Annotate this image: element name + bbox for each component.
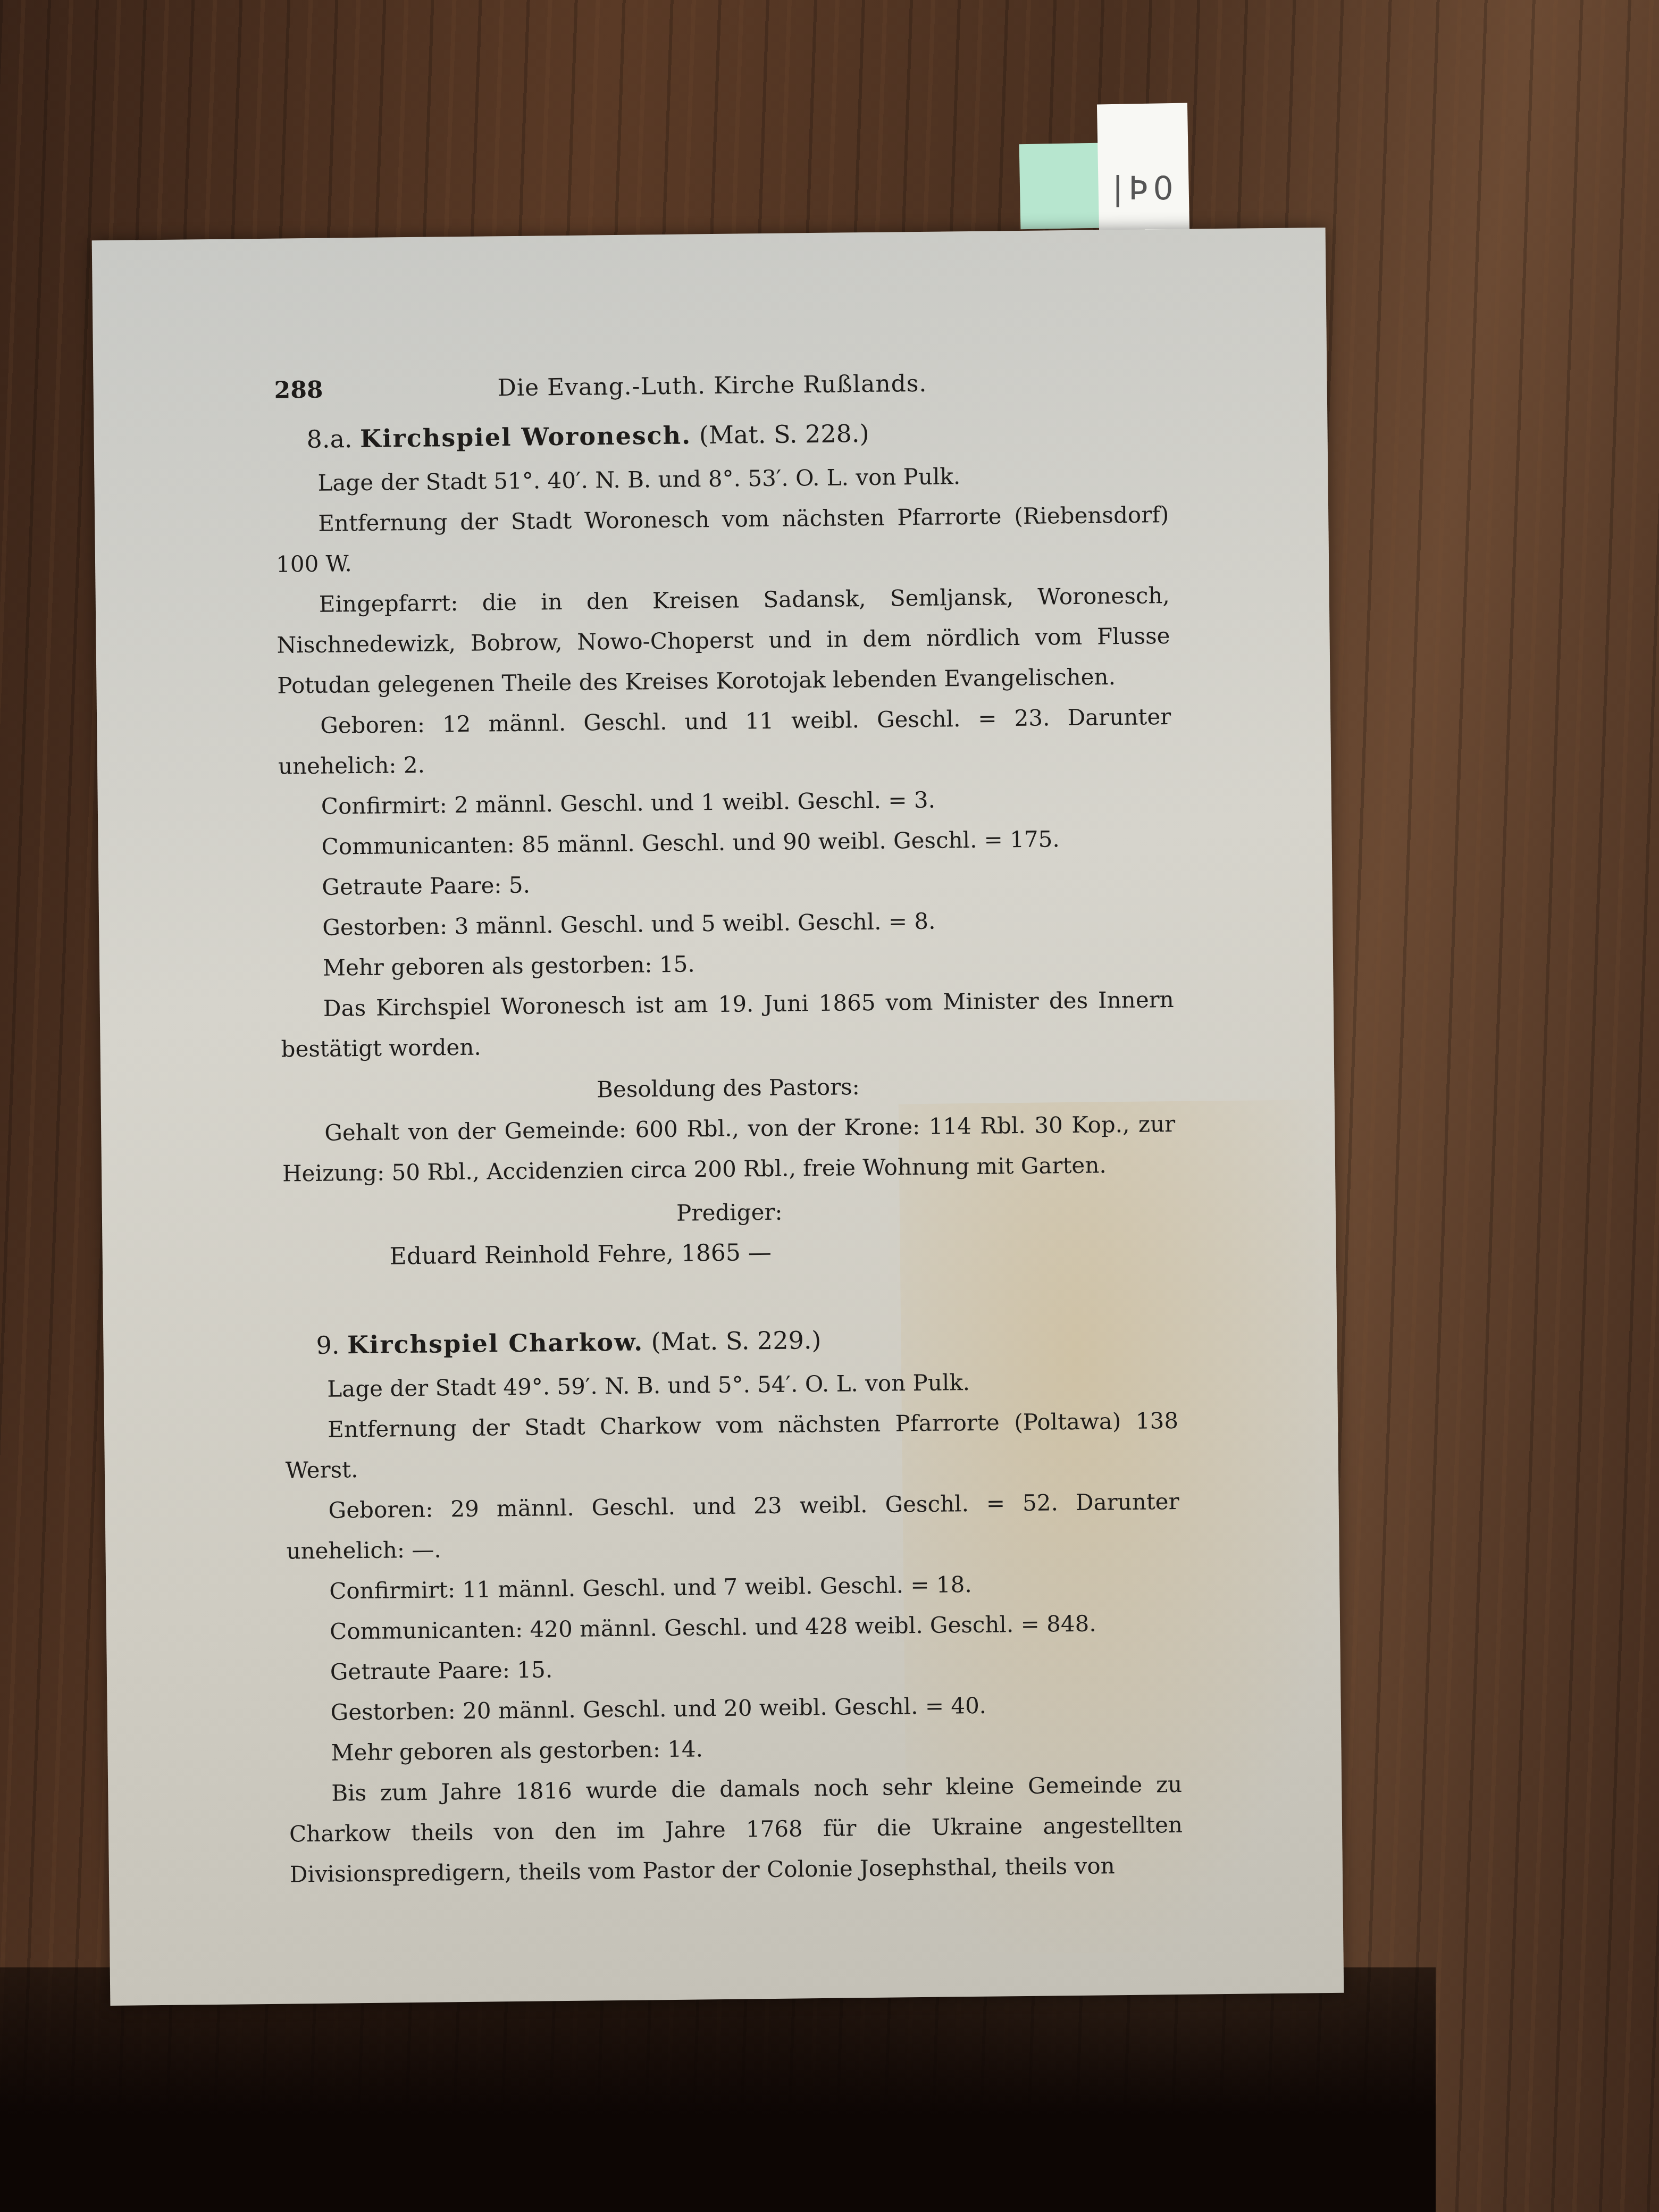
section-name: Kirchspiel Woronesch. bbox=[360, 421, 692, 453]
paragraph: Geboren: 29 männl. Geschl. und 23 weibl.… bbox=[286, 1481, 1179, 1572]
running-title: Die Evang.-Luth. Kirche Rußlands. bbox=[497, 370, 927, 401]
section-ref: (Mat. S. 229.) bbox=[651, 1326, 821, 1356]
paragraph: Bis zum Jahre 1816 wurde die damals noch… bbox=[289, 1764, 1183, 1895]
page-number: 288 bbox=[274, 374, 498, 404]
book-page: 288 Die Evang.-Luth. Kirche Rußlands. 8.… bbox=[92, 228, 1344, 2006]
section-number: 8.a. bbox=[306, 424, 352, 454]
paragraph: Eingepfarrt: die in den Kreisen Sadansk,… bbox=[276, 575, 1170, 706]
paragraph: Entfernung der Stadt Woronesch vom nächs… bbox=[275, 495, 1169, 585]
section-title-woronesch: 8.a. Kirchspiel Woronesch. (Mat. S. 228.… bbox=[306, 416, 1168, 454]
green-bookmark-slip bbox=[1019, 143, 1101, 230]
paragraph: Entfernung der Stadt Charkow vom nächste… bbox=[285, 1401, 1179, 1491]
bookmark-handwritten-mark: |Þ0 bbox=[1112, 170, 1179, 207]
section-name: Kirchspiel Charkow. bbox=[347, 1327, 644, 1359]
section-ref: (Mat. S. 228.) bbox=[699, 419, 869, 449]
section-number: 9. bbox=[316, 1330, 339, 1359]
salary-text: Gehalt von der Gemeinde: 600 Rbl., von d… bbox=[282, 1104, 1176, 1194]
white-bookmark-slip bbox=[1097, 103, 1189, 232]
section-title-charkow: 9. Kirchspiel Charkow. (Mat. S. 229.) bbox=[316, 1322, 1177, 1360]
running-head: 288 Die Evang.-Luth. Kirche Rußlands. bbox=[274, 367, 1167, 404]
page-content: 288 Die Evang.-Luth. Kirche Rußlands. 8.… bbox=[274, 367, 1183, 1895]
paragraph: Das Kirchspiel Woronesch ist am 19. Juni… bbox=[280, 979, 1174, 1070]
paragraph: Geboren: 12 männl. Geschl. und 11 weibl.… bbox=[278, 697, 1171, 787]
